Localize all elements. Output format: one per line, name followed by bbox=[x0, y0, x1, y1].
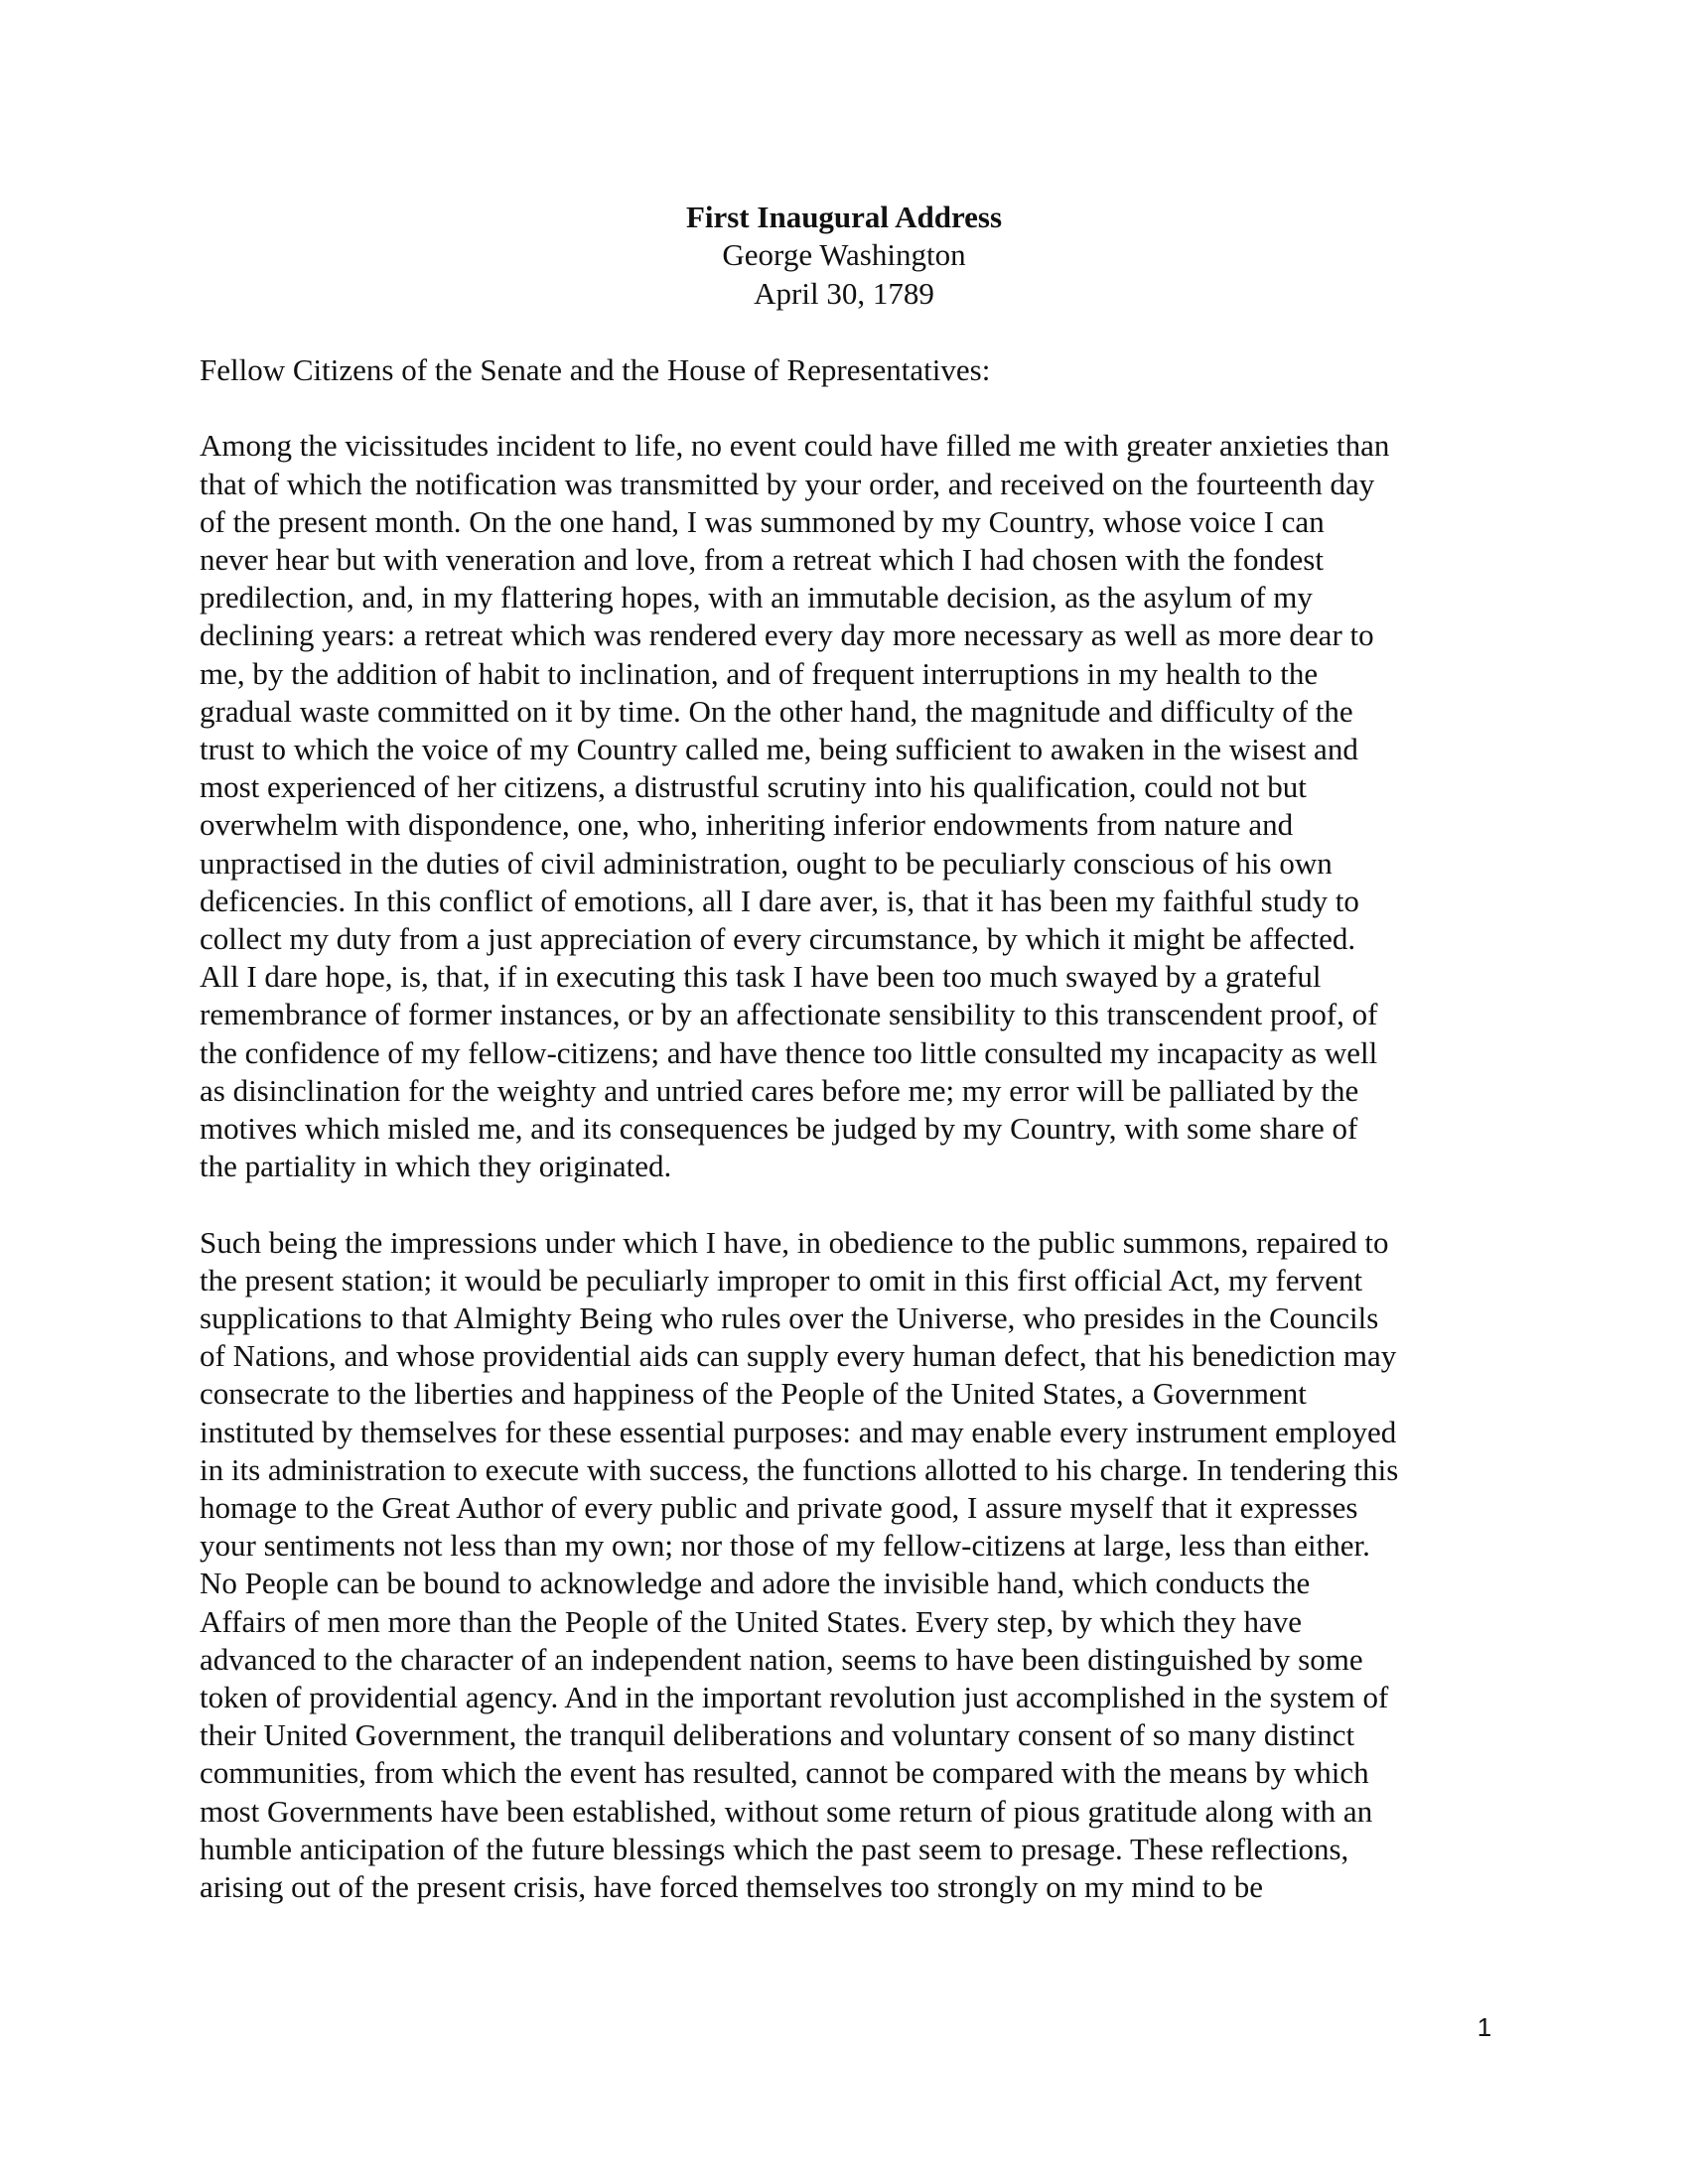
text-line: most experienced of her citizens, a dist… bbox=[200, 768, 1510, 806]
text-line: consecrate to the liberties and happines… bbox=[200, 1375, 1510, 1413]
text-line: declining years: a retreat which was ren… bbox=[200, 616, 1510, 654]
text-line: motives which misled me, and its consequ… bbox=[200, 1110, 1510, 1148]
text-line: deficencies. In this conflict of emotion… bbox=[200, 883, 1510, 920]
page-number: 1 bbox=[1470, 2012, 1499, 2042]
text-line: the partiality in which they originated. bbox=[200, 1148, 1510, 1185]
text-line: arising out of the present crisis, have … bbox=[200, 1868, 1510, 1906]
text-line: Such being the impressions under which I… bbox=[200, 1224, 1510, 1262]
text-line: No People can be bound to acknowledge an… bbox=[200, 1565, 1510, 1602]
text-line: as disinclination for the weighty and un… bbox=[200, 1072, 1510, 1110]
text-line: that of which the notification was trans… bbox=[200, 466, 1510, 503]
text-line: of Nations, and whose providential aids … bbox=[200, 1337, 1510, 1375]
text-line: gradual waste committed on it by time. O… bbox=[200, 693, 1510, 731]
text-line: trust to which the voice of my Country c… bbox=[200, 731, 1510, 768]
paragraph-1: Among the vicissitudes incident to life,… bbox=[200, 427, 1510, 1185]
text-line: Among the vicissitudes incident to life,… bbox=[200, 427, 1510, 465]
text-line: collect my duty from a just appreciation… bbox=[200, 920, 1510, 958]
text-line: supplications to that Almighty Being who… bbox=[200, 1299, 1510, 1337]
text-line: token of providential agency. And in the… bbox=[200, 1679, 1510, 1716]
text-line: me, by the addition of habit to inclinat… bbox=[200, 655, 1510, 693]
document-date: April 30, 1789 bbox=[0, 275, 1688, 313]
document-author: George Washington bbox=[0, 236, 1688, 274]
text-line: your sentiments not less than my own; no… bbox=[200, 1527, 1510, 1565]
document-page: First Inaugural Address George Washingto… bbox=[0, 0, 1688, 2184]
text-line: communities, from which the event has re… bbox=[200, 1754, 1510, 1792]
text-line: of the present month. On the one hand, I… bbox=[200, 503, 1510, 541]
text-line: homage to the Great Author of every publ… bbox=[200, 1489, 1510, 1527]
text-line: advanced to the character of an independ… bbox=[200, 1641, 1510, 1679]
text-line: their United Government, the tranquil de… bbox=[200, 1716, 1510, 1754]
text-line: humble anticipation of the future blessi… bbox=[200, 1831, 1510, 1868]
text-line: the confidence of my fellow-citizens; an… bbox=[200, 1034, 1510, 1072]
text-line: the present station; it would be peculia… bbox=[200, 1262, 1510, 1299]
text-line: All I dare hope, is, that, if in executi… bbox=[200, 958, 1510, 996]
text-line: overwhelm with dispondence, one, who, in… bbox=[200, 806, 1510, 844]
document-body: Fellow Citizens of the Senate and the Ho… bbox=[200, 351, 1510, 1944]
document-header: First Inaugural Address George Washingto… bbox=[0, 199, 1688, 313]
text-line: predilection, and, in my flattering hope… bbox=[200, 579, 1510, 616]
text-line: in its administration to execute with su… bbox=[200, 1451, 1510, 1489]
document-title: First Inaugural Address bbox=[0, 199, 1688, 236]
salutation: Fellow Citizens of the Senate and the Ho… bbox=[200, 351, 1510, 389]
text-line: most Governments have been established, … bbox=[200, 1793, 1510, 1831]
text-line: instituted by themselves for these essen… bbox=[200, 1414, 1510, 1451]
text-line: unpractised in the duties of civil admin… bbox=[200, 845, 1510, 883]
text-line: never hear but with veneration and love,… bbox=[200, 541, 1510, 579]
text-line: remembrance of former instances, or by a… bbox=[200, 996, 1510, 1033]
paragraph-2: Such being the impressions under which I… bbox=[200, 1224, 1510, 1907]
text-line: Affairs of men more than the People of t… bbox=[200, 1603, 1510, 1641]
